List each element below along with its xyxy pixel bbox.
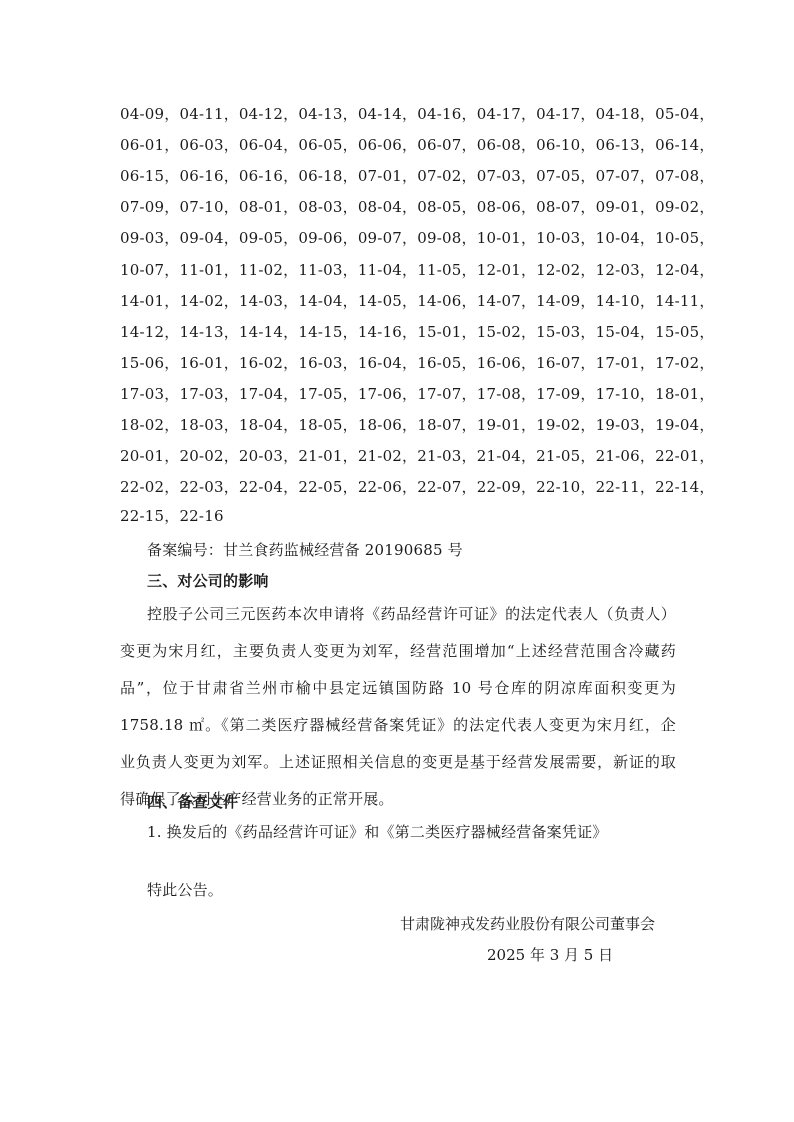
- registration-code: 14-11，: [655, 291, 714, 311]
- registration-code: 18-06，: [358, 415, 417, 435]
- registration-code: 06-10，: [536, 135, 595, 155]
- registration-code: 06-05，: [298, 135, 357, 155]
- registration-code: 18-02，: [120, 415, 179, 435]
- registration-code: 06-07，: [417, 135, 476, 155]
- registration-code: 16-01，: [179, 353, 238, 373]
- registration-code: 21-02，: [358, 446, 417, 466]
- registration-code: 11-04，: [358, 260, 417, 280]
- registration-codes-line: 09-03，09-04，09-05，09-06，09-07，09-08，10-0…: [120, 228, 678, 248]
- registration-codes-line: 22-02，22-03，22-04，22-05，22-06，22-07，22-0…: [120, 477, 678, 497]
- registration-code: 19-02，: [536, 415, 595, 435]
- registration-code: 14-15，: [298, 322, 357, 342]
- registration-code: 16-05，: [417, 353, 476, 373]
- registration-code: 16-04，: [358, 353, 417, 373]
- registration-code: 04-14，: [358, 104, 417, 124]
- registration-code: 12-01，: [477, 260, 536, 280]
- registration-code: 04-11，: [179, 104, 238, 124]
- registration-code: 08-06，: [477, 197, 536, 217]
- registration-code: 17-03，: [179, 384, 238, 404]
- registration-code: 19-03，: [596, 415, 655, 435]
- registration-codes-line: 06-01，06-03，06-04，06-05，06-06，06-07，06-0…: [120, 135, 678, 155]
- registration-code: 07-05，: [536, 166, 595, 186]
- registration-code: 22-03，: [179, 477, 238, 497]
- registration-code: 22-06，: [358, 477, 417, 497]
- registration-code: 11-01，: [179, 260, 238, 280]
- registration-code: 16-03，: [298, 353, 357, 373]
- registration-code: 15-04，: [596, 322, 655, 342]
- registration-code: 04-17，: [536, 104, 595, 124]
- registration-codes-line: 20-01，20-02，20-03，21-01，21-02，21-03，21-0…: [120, 446, 678, 466]
- registration-code: 09-08，: [417, 228, 476, 248]
- registration-codes-line: 17-03，17-03，17-04，17-05，17-06，17-07，17-0…: [120, 384, 678, 404]
- registration-code: 14-04，: [298, 291, 357, 311]
- registration-code: 14-16，: [358, 322, 417, 342]
- registration-code: 14-06，: [417, 291, 476, 311]
- registration-code: 08-05，: [417, 197, 476, 217]
- registration-codes-last-line: 22-15，22-16: [120, 506, 680, 526]
- registration-code: 22-01，: [655, 446, 714, 466]
- registration-code: 06-14，: [655, 135, 714, 155]
- registration-code: 11-05，: [417, 260, 476, 280]
- registration-code: 07-09，: [120, 197, 179, 217]
- registration-code: 10-03，: [536, 228, 595, 248]
- registration-code: 06-08，: [477, 135, 536, 155]
- registration-code: 06-16，: [239, 166, 298, 186]
- registration-code: 19-04，: [655, 415, 714, 435]
- registration-code: 09-07，: [358, 228, 417, 248]
- registration-code: 08-03，: [298, 197, 357, 217]
- registration-code: 15-05，: [655, 322, 714, 342]
- registration-code: 07-01，: [358, 166, 417, 186]
- registration-code: 11-02，: [239, 260, 298, 280]
- registration-code: 06-16，: [179, 166, 238, 186]
- registration-code: 04-09，: [120, 104, 179, 124]
- registration-code: 14-05，: [358, 291, 417, 311]
- registration-code: 22-10，: [536, 477, 595, 497]
- registration-code: 12-04，: [655, 260, 714, 280]
- section3-line: 品”，位于甘肃省兰州市榆中县定远镇国防路 10 号仓库的阴凉库面积变更为: [120, 678, 676, 698]
- registration-code: 14-12，: [120, 322, 179, 342]
- section3-line: 1758.18 ㎡。《第二类医疗器械经营备案凭证》的法定代表人变更为宋月红，企: [120, 715, 676, 735]
- registration-code: 12-02，: [536, 260, 595, 280]
- registration-code: 18-03，: [179, 415, 238, 435]
- registration-code: 19-01，: [477, 415, 536, 435]
- registration-code: 22-05，: [298, 477, 357, 497]
- registration-code: 07-10，: [179, 197, 238, 217]
- section3-line: 变更为宋月红，主要负责人变更为刘军，经营范围增加“上述经营范围含冷藏药: [120, 641, 676, 661]
- registration-code: 21-05，: [536, 446, 595, 466]
- registration-code: 17-06，: [358, 384, 417, 404]
- registration-code: 22-07，: [417, 477, 476, 497]
- registration-code: 18-04，: [239, 415, 298, 435]
- registration-code: 20-03，: [239, 446, 298, 466]
- registration-code: 09-02，: [655, 197, 714, 217]
- registration-codes-line: 14-01，14-02，14-03，14-04，14-05，14-06，14-0…: [120, 291, 678, 311]
- registration-code: 20-02，: [179, 446, 238, 466]
- registration-code: 04-12，: [239, 104, 298, 124]
- registration-code: 04-18，: [596, 104, 655, 124]
- registration-codes-line: 07-09，07-10，08-01，08-03，08-04，08-05，08-0…: [120, 197, 678, 217]
- registration-code: 08-07，: [536, 197, 595, 217]
- registration-codes-line: 14-12，14-13，14-14，14-15，14-16，15-01，15-0…: [120, 322, 678, 342]
- registration-code: 06-06，: [358, 135, 417, 155]
- registration-code: 06-15，: [120, 166, 179, 186]
- registration-code: 21-06，: [596, 446, 655, 466]
- registration-code: 14-03，: [239, 291, 298, 311]
- section4-item: 1. 换发后的《药品经营许可证》和《第二类医疗器械经营备案凭证》: [147, 822, 707, 842]
- registration-code: 08-01，: [239, 197, 298, 217]
- registration-code: 07-03，: [477, 166, 536, 186]
- signature-date: 2025 年 3 月 5 日: [487, 945, 613, 965]
- registration-code: 10-07，: [120, 260, 179, 280]
- registration-code: 11-03，: [298, 260, 357, 280]
- registration-code: 08-04，: [358, 197, 417, 217]
- registration-code: 22-02，: [120, 477, 179, 497]
- registration-code: 12-03，: [596, 260, 655, 280]
- registration-codes-line: 06-15，06-16，06-16，06-18，07-01，07-02，07-0…: [120, 166, 678, 186]
- registration-code: 09-01，: [596, 197, 655, 217]
- registration-code: 18-05，: [298, 415, 357, 435]
- registration-code: 09-06，: [298, 228, 357, 248]
- registration-code: 21-03，: [417, 446, 476, 466]
- registration-code: 10-04，: [596, 228, 655, 248]
- registration-code: 21-01，: [298, 446, 357, 466]
- registration-code: 06-18，: [298, 166, 357, 186]
- registration-code: 17-04，: [239, 384, 298, 404]
- registration-code: 10-01，: [477, 228, 536, 248]
- registration-code: 10-05，: [655, 228, 714, 248]
- registration-code: 14-14，: [239, 322, 298, 342]
- registration-code: 22-09，: [477, 477, 536, 497]
- registration-code: 18-01，: [655, 384, 714, 404]
- registration-code: 07-08，: [655, 166, 714, 186]
- closing-text: 特此公告。: [147, 880, 707, 900]
- registration-code: 15-01，: [417, 322, 476, 342]
- section4-heading: 四、备查文件: [147, 792, 707, 812]
- registration-code: 04-13，: [298, 104, 357, 124]
- registration-codes-line: 10-07，11-01，11-02，11-03，11-04，11-05，12-0…: [120, 260, 678, 280]
- registration-code: 22-14，: [655, 477, 714, 497]
- registration-code: 09-04，: [179, 228, 238, 248]
- registration-code: 17-02，: [655, 353, 714, 373]
- registration-code: 09-05，: [239, 228, 298, 248]
- filing-number: 备案编号：甘兰食药监械经营备 20190685 号: [147, 540, 707, 560]
- registration-code: 07-02，: [417, 166, 476, 186]
- registration-code: 17-03，: [120, 384, 179, 404]
- registration-code: 17-01，: [596, 353, 655, 373]
- registration-code: 04-17，: [477, 104, 536, 124]
- registration-code: 22-11，: [596, 477, 655, 497]
- registration-codes-line: 18-02，18-03，18-04，18-05，18-06，18-07，19-0…: [120, 415, 678, 435]
- registration-code: 14-10，: [596, 291, 655, 311]
- registration-code: 07-07，: [596, 166, 655, 186]
- registration-code: 14-07，: [477, 291, 536, 311]
- registration-code: 16-02，: [239, 353, 298, 373]
- section3-line: 业负责人变更为刘军。上述证照相关信息的变更是基于经营发展需要，新证的取: [120, 752, 676, 772]
- registration-code: 06-03，: [179, 135, 238, 155]
- registration-code: 06-04，: [239, 135, 298, 155]
- registration-code: 16-07，: [536, 353, 595, 373]
- registration-code: 22-04，: [239, 477, 298, 497]
- registration-code: 06-01，: [120, 135, 179, 155]
- registration-code: 09-03，: [120, 228, 179, 248]
- registration-code: 15-06，: [120, 353, 179, 373]
- registration-code: 14-02，: [179, 291, 238, 311]
- registration-code: 16-06，: [477, 353, 536, 373]
- registration-code: 17-09，: [536, 384, 595, 404]
- signature-company: 甘肃陇神戎发药业股份有限公司董事会: [400, 914, 655, 934]
- document-page: 04-09，04-11，04-12，04-13，04-14，04-16，04-1…: [0, 0, 794, 1122]
- section3-line: 控股子公司三元医药本次申请将《药品经营许可证》的法定代表人（负责人）: [147, 604, 676, 624]
- registration-code: 05-04，: [655, 104, 714, 124]
- registration-code: 21-04，: [477, 446, 536, 466]
- registration-code: 06-13，: [596, 135, 655, 155]
- registration-code: 14-09，: [536, 291, 595, 311]
- registration-code: 17-10，: [596, 384, 655, 404]
- registration-code: 04-16，: [417, 104, 476, 124]
- registration-code: 17-05，: [298, 384, 357, 404]
- registration-code: 18-07，: [417, 415, 476, 435]
- registration-codes-line: 15-06，16-01，16-02，16-03，16-04，16-05，16-0…: [120, 353, 678, 373]
- registration-codes-line: 04-09，04-11，04-12，04-13，04-14，04-16，04-1…: [120, 104, 678, 124]
- registration-code: 17-08，: [477, 384, 536, 404]
- section3-heading: 三、对公司的影响: [147, 571, 707, 591]
- registration-code: 14-01，: [120, 291, 179, 311]
- registration-code: 15-03，: [536, 322, 595, 342]
- registration-code: 17-07，: [417, 384, 476, 404]
- registration-code: 14-13，: [179, 322, 238, 342]
- registration-code: 20-01，: [120, 446, 179, 466]
- registration-code: 15-02，: [477, 322, 536, 342]
